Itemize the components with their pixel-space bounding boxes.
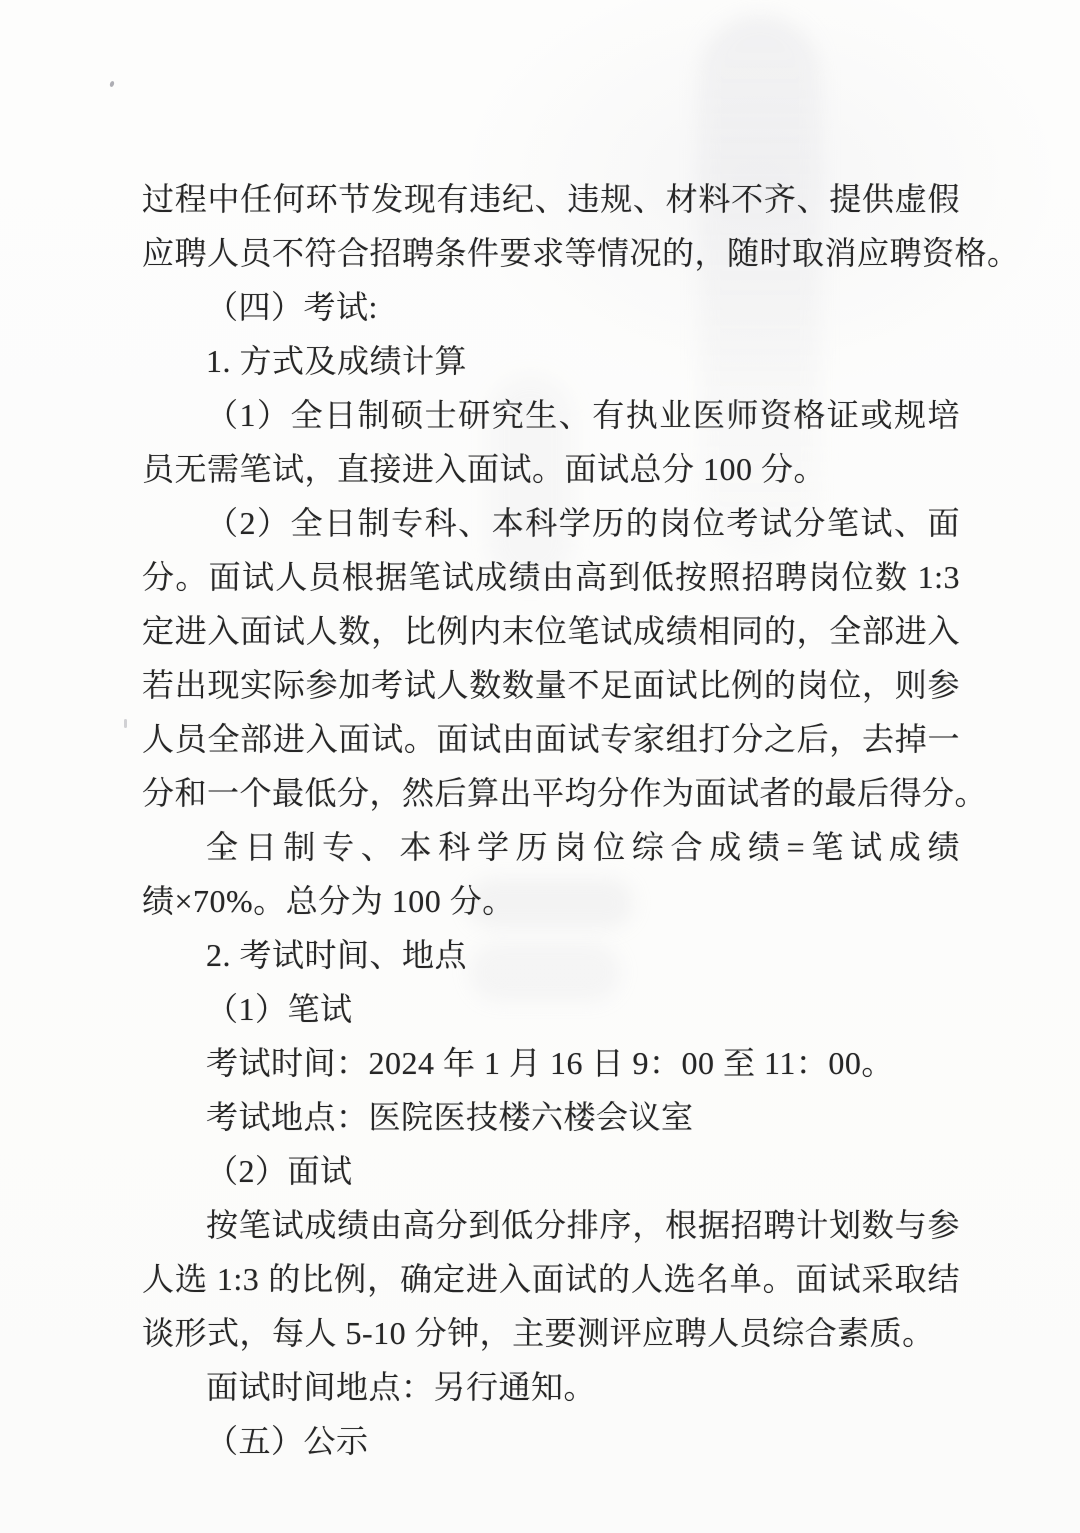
doc-line: 过程中任何环节发现有违纪、违规、材料不齐、提供虚假信息或 <box>142 172 960 226</box>
doc-line: （2）全日制专科、本科学历的岗位考试分笔试、面试两部 <box>142 496 960 550</box>
section-heading: （五）公示 <box>142 1414 960 1468</box>
doc-line: 若出现实际参加考试人数数量不足面试比例的岗位，则参加笔试 <box>142 658 960 712</box>
subsection-heading: 2. 考试时间、地点 <box>142 928 960 982</box>
doc-line: 谈形式，每人 5-10 分钟，主要测评应聘人员综合素质。 <box>142 1306 960 1360</box>
exam-time-line: 考试时间：2024 年 1 月 16 日 9：00 至 11：00。 <box>142 1036 960 1090</box>
document-body-text: 过程中任何环节发现有违纪、违规、材料不齐、提供虚假信息或 应聘人员不符合招聘条件… <box>142 172 960 1468</box>
doc-line: 绩×70%。总分为 100 分。 <box>142 874 960 928</box>
scan-speck <box>109 80 115 87</box>
doc-line: 分和一个最低分，然后算出平均分作为面试者的最后得分。 <box>142 766 960 820</box>
subsection-heading: （1）笔试 <box>142 982 960 1036</box>
doc-line: 人选 1:3 的比例，确定进入面试的人选名单。面试采取结构化面 <box>142 1252 960 1306</box>
doc-line: 按笔试成绩由高分到低分排序，根据招聘计划数与参加面试 <box>142 1198 960 1252</box>
subsection-heading: （2）面试 <box>142 1144 960 1198</box>
section-heading: （四）考试: <box>142 280 960 334</box>
interview-notice-line: 面试时间地点：另行通知。 <box>142 1360 960 1414</box>
doc-line: （1）全日制硕士研究生、有执业医师资格证或规培证的人 <box>142 388 960 442</box>
exam-location-line: 考试地点：医院医技楼六楼会议室 <box>142 1090 960 1144</box>
doc-line: 分。面试人员根据笔试成绩由高到低按照招聘岗位数 1:3 比例确 <box>142 550 960 604</box>
doc-line: 应聘人员不符合招聘条件要求等情况的，随时取消应聘资格。 <box>142 226 960 280</box>
scanned-document-page: 过程中任何环节发现有违纪、违规、材料不齐、提供虚假信息或 应聘人员不符合招聘条件… <box>0 0 1080 1533</box>
doc-line: 定进入面试人数，比例内末位笔试成绩相同的，全部进入面试。 <box>142 604 960 658</box>
subsection-heading: 1. 方式及成绩计算 <box>142 334 960 388</box>
doc-line: 人员全部进入面试。面试由面试专家组打分之后，去掉一个最高 <box>142 712 960 766</box>
scan-speck <box>124 719 127 728</box>
doc-line: 全日制专、本科学历岗位综合成绩=笔试成绩×30%+面试成 <box>142 820 960 874</box>
doc-line: 员无需笔试，直接进入面试。面试总分 100 分。 <box>142 442 960 496</box>
